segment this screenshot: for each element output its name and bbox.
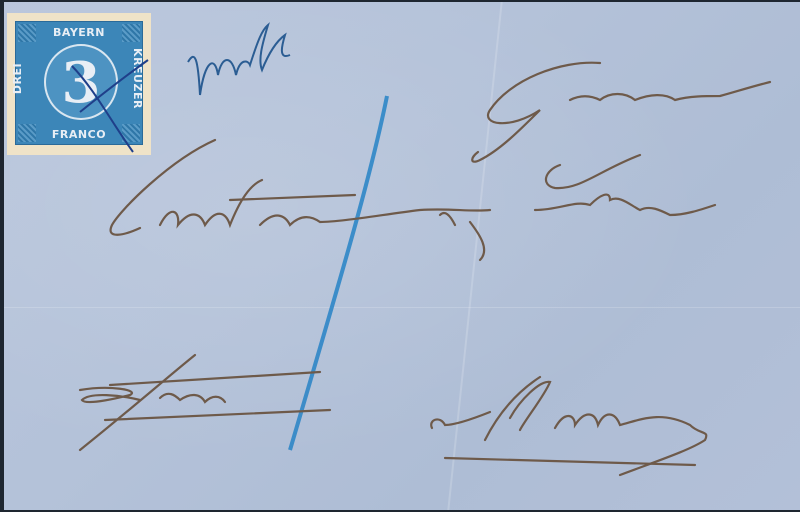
handwriting-layer [0, 0, 800, 512]
address-ink [80, 63, 770, 475]
blue-script-note [188, 25, 290, 95]
blue-crayon-stroke [290, 96, 387, 450]
stamp-pen-cancel [72, 60, 148, 152]
